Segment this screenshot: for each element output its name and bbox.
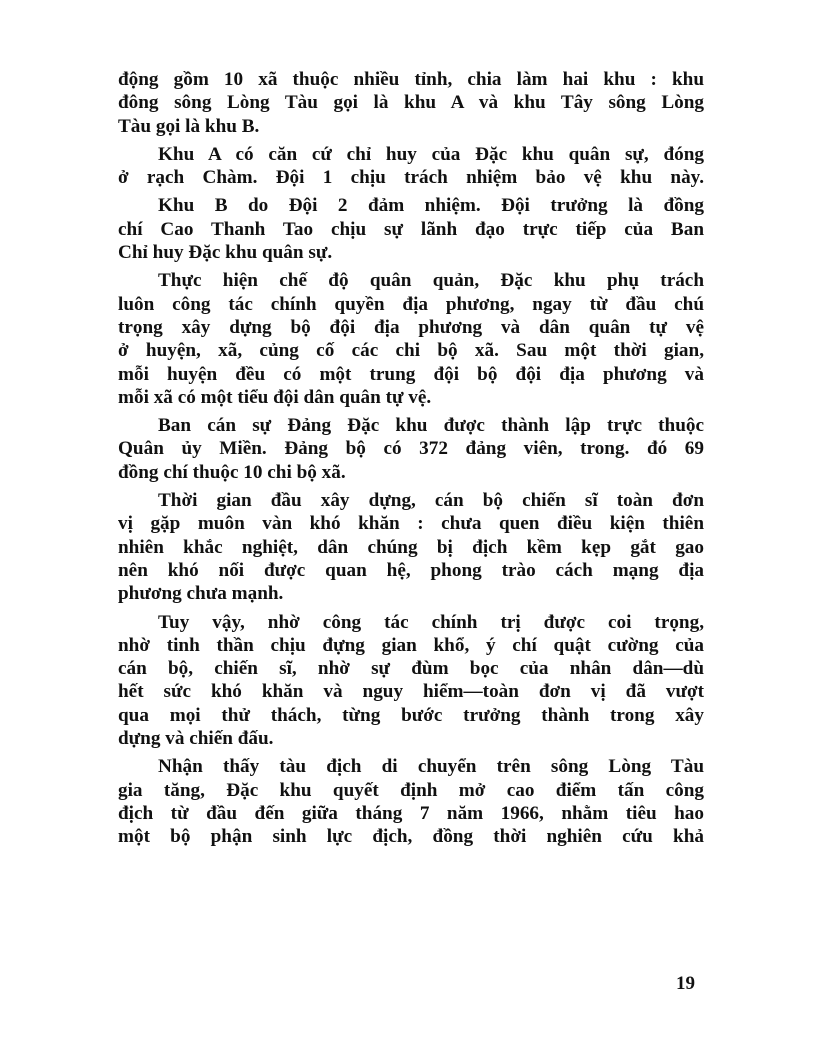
text-line: Tuy vậy, nhờ công tác chính trị được coi… bbox=[118, 611, 704, 634]
paragraph-7: Tuy vậy, nhờ công tác chính trị được coi… bbox=[118, 611, 704, 751]
text-line: một bộ phận sinh lực địch, đồng thời ngh… bbox=[118, 825, 704, 848]
text-line: Quân ủy Miền. Đảng bộ có 372 đảng viên, … bbox=[118, 437, 704, 460]
paragraph-5: Ban cán sự Đảng Đặc khu được thành lập t… bbox=[118, 414, 704, 484]
text-line: Ban cán sự Đảng Đặc khu được thành lập t… bbox=[118, 414, 704, 437]
text-line: mỗi xã có một tiểu đội dân quân tự vệ. bbox=[118, 386, 704, 409]
paragraph-1: động gồm 10 xã thuộc nhiều tỉnh, chia là… bbox=[118, 68, 704, 138]
text-line: gia tăng, Đặc khu quyết định mở cao điểm… bbox=[118, 779, 704, 802]
text-line: ở huyện, xã, củng cố các chi bộ xã. Sau … bbox=[118, 339, 704, 362]
page-number: 19 bbox=[676, 973, 695, 995]
text-line: nhờ tinh thần chịu đựng gian khổ, ý chí … bbox=[118, 634, 704, 657]
text-line: động gồm 10 xã thuộc nhiều tỉnh, chia là… bbox=[118, 68, 704, 91]
text-line: dựng và chiến đấu. bbox=[118, 727, 704, 750]
text-line: Thời gian đầu xây dựng, cán bộ chiến sĩ … bbox=[118, 489, 704, 512]
text-line: Chỉ huy Đặc khu quân sự. bbox=[118, 241, 704, 264]
paragraph-6: Thời gian đầu xây dựng, cán bộ chiến sĩ … bbox=[118, 489, 704, 605]
text-line: vị gặp muôn vàn khó khăn : chưa quen điề… bbox=[118, 512, 704, 535]
text-line: luôn công tác chính quyền địa phương, ng… bbox=[118, 293, 704, 316]
text-line: ở rạch Chàm. Đội 1 chịu trách nhiệm bảo … bbox=[118, 166, 704, 189]
text-line: qua mọi thử thách, từng bước trưởng thàn… bbox=[118, 704, 704, 727]
text-line: nhiên khắc nghiệt, dân chúng bị địch kềm… bbox=[118, 536, 704, 559]
paragraph-8: Nhận thấy tàu địch di chuyển trên sông L… bbox=[118, 755, 704, 848]
text-line: cán bộ, chiến sĩ, nhờ sự đùm bọc của nhâ… bbox=[118, 657, 704, 680]
text-line: Tàu gọi là khu B. bbox=[118, 115, 704, 138]
text-line: nên khó nối được quan hệ, phong trào các… bbox=[118, 559, 704, 582]
text-line: chí Cao Thanh Tao chịu sự lãnh đạo trực … bbox=[118, 218, 704, 241]
text-line: đông sông Lòng Tàu gọi là khu A và khu T… bbox=[118, 91, 704, 114]
text-line: địch từ đầu đến giữa tháng 7 năm 1966, n… bbox=[118, 802, 704, 825]
text-line: trọng xây dựng bộ đội địa phương và dân … bbox=[118, 316, 704, 339]
text-line: hết sức khó khăn và nguy hiểm—toàn đơn v… bbox=[118, 680, 704, 703]
text-line: mỗi huyện đều có một trung đội bộ đội đị… bbox=[118, 363, 704, 386]
text-line: Thực hiện chế độ quân quản, Đặc khu phụ … bbox=[118, 269, 704, 292]
text-line: Khu A có căn cứ chỉ huy của Đặc khu quân… bbox=[118, 143, 704, 166]
text-line: Nhận thấy tàu địch di chuyển trên sông L… bbox=[118, 755, 704, 778]
text-line: Khu B do Đội 2 đảm nhiệm. Đội trưởng là … bbox=[118, 194, 704, 217]
paragraph-4: Thực hiện chế độ quân quản, Đặc khu phụ … bbox=[118, 269, 704, 409]
text-line: đồng chí thuộc 10 chi bộ xã. bbox=[118, 461, 704, 484]
book-page-body: động gồm 10 xã thuộc nhiều tỉnh, chia là… bbox=[118, 68, 704, 854]
text-line: phương chưa mạnh. bbox=[118, 582, 704, 605]
paragraph-2: Khu A có căn cứ chỉ huy của Đặc khu quân… bbox=[118, 143, 704, 190]
paragraph-3: Khu B do Đội 2 đảm nhiệm. Đội trưởng là … bbox=[118, 194, 704, 264]
